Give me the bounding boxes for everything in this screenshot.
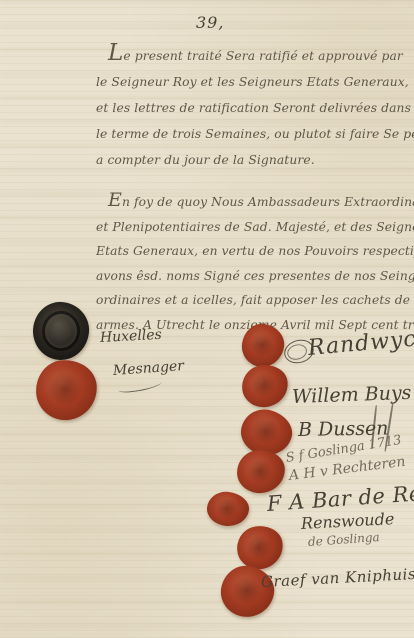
text-line: avons êsd. noms Signé ces presentes de n… [96, 264, 401, 289]
signature-kniphuisen: Graef van Kniphuisen [261, 564, 414, 591]
signature-renswoude: Renswoude [301, 509, 395, 533]
mesnager-flourish [118, 378, 163, 394]
manuscript-page: 39, Le present traité Sera ratifié et ap… [0, 0, 414, 638]
text-line: le Seigneur Roy et les Seigneurs Etats G… [96, 69, 401, 95]
paragraph-en-foy-de-quoy: En foy de quoy Nous Ambassadeurs Extraor… [96, 188, 401, 337]
page-number: 39, [196, 13, 224, 32]
signature-mesnager: Mesnager [112, 358, 184, 379]
text-line: a compter du jour de la Signature. [96, 147, 401, 173]
text-line: et les lettres de ratification Seront de… [96, 95, 401, 121]
signature-huxelles: Huxelles [100, 327, 163, 346]
wax-seal-red-7 [217, 562, 277, 621]
signature-goslinga-small: de Goslinga [308, 530, 381, 549]
text-line: En foy de quoy Nous Ambassadeurs Extraor… [108, 188, 401, 215]
text-line: et Plenipotentiaires de Sad. Majesté, et… [96, 215, 401, 240]
wax-seal-red-2 [239, 361, 292, 410]
text-line: le terme de trois Semaines, ou plutot si… [96, 121, 401, 147]
signature-willem-buys: Willem Buys [292, 382, 412, 408]
wax-seal-red-mesnager [33, 357, 100, 423]
treaty-body-text: Le present traité Sera ratifié et approu… [96, 40, 401, 337]
wax-seal-red-5 [205, 490, 250, 528]
wax-seal-red-4 [235, 448, 287, 495]
text-line: ordinaires et a icelles, fait apposer le… [96, 288, 401, 313]
paragraph-ratification: Le present traité Sera ratifié et approu… [96, 40, 401, 173]
wax-seal-black-huxelles [31, 300, 91, 362]
text-line: Le present traité Sera ratifié et approu… [108, 40, 401, 69]
text-line: Etats Generaux, en vertu de nos Pouvoirs… [96, 239, 401, 264]
